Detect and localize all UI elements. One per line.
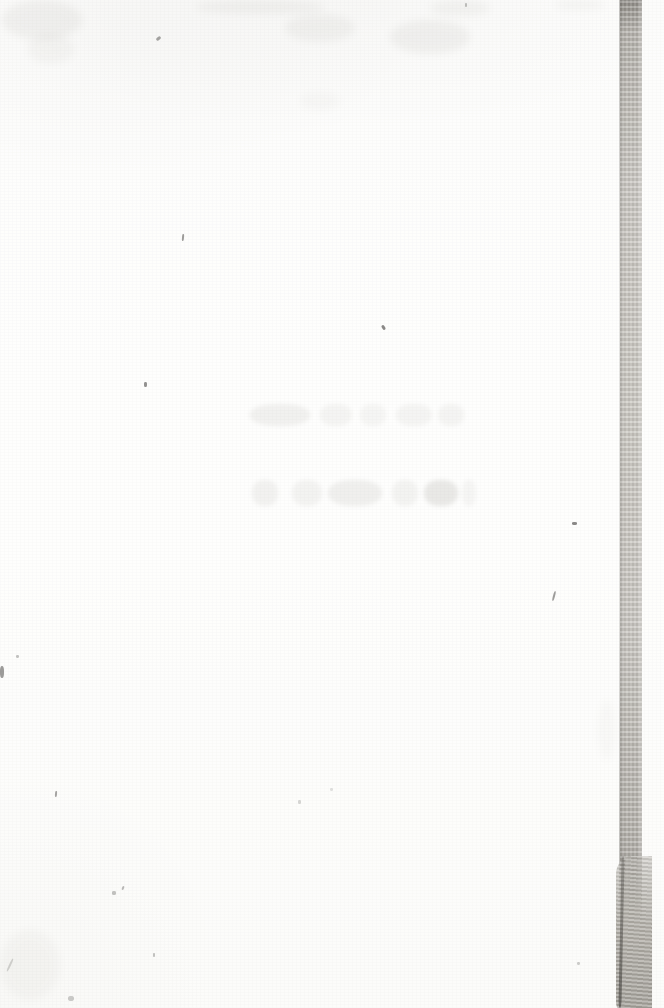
dust-speck <box>577 962 580 965</box>
dust-speck <box>0 666 4 678</box>
dust-speck <box>156 36 162 42</box>
dust-speck <box>182 234 185 241</box>
dust-speck <box>68 996 74 1001</box>
dust-speck <box>465 3 467 7</box>
dust-speck <box>55 791 58 797</box>
dust-speck <box>16 655 19 658</box>
dust-speck <box>330 788 333 791</box>
scanned-page <box>0 0 664 1008</box>
dust-speck-layer <box>0 0 664 1008</box>
dust-speck <box>112 891 116 895</box>
dust-speck <box>381 325 386 331</box>
dust-speck <box>552 591 557 601</box>
dust-speck <box>144 382 147 387</box>
dust-speck <box>6 958 14 972</box>
dust-speck <box>121 886 124 890</box>
dust-speck <box>153 953 155 957</box>
dust-speck <box>298 800 301 804</box>
dust-speck <box>572 522 577 525</box>
